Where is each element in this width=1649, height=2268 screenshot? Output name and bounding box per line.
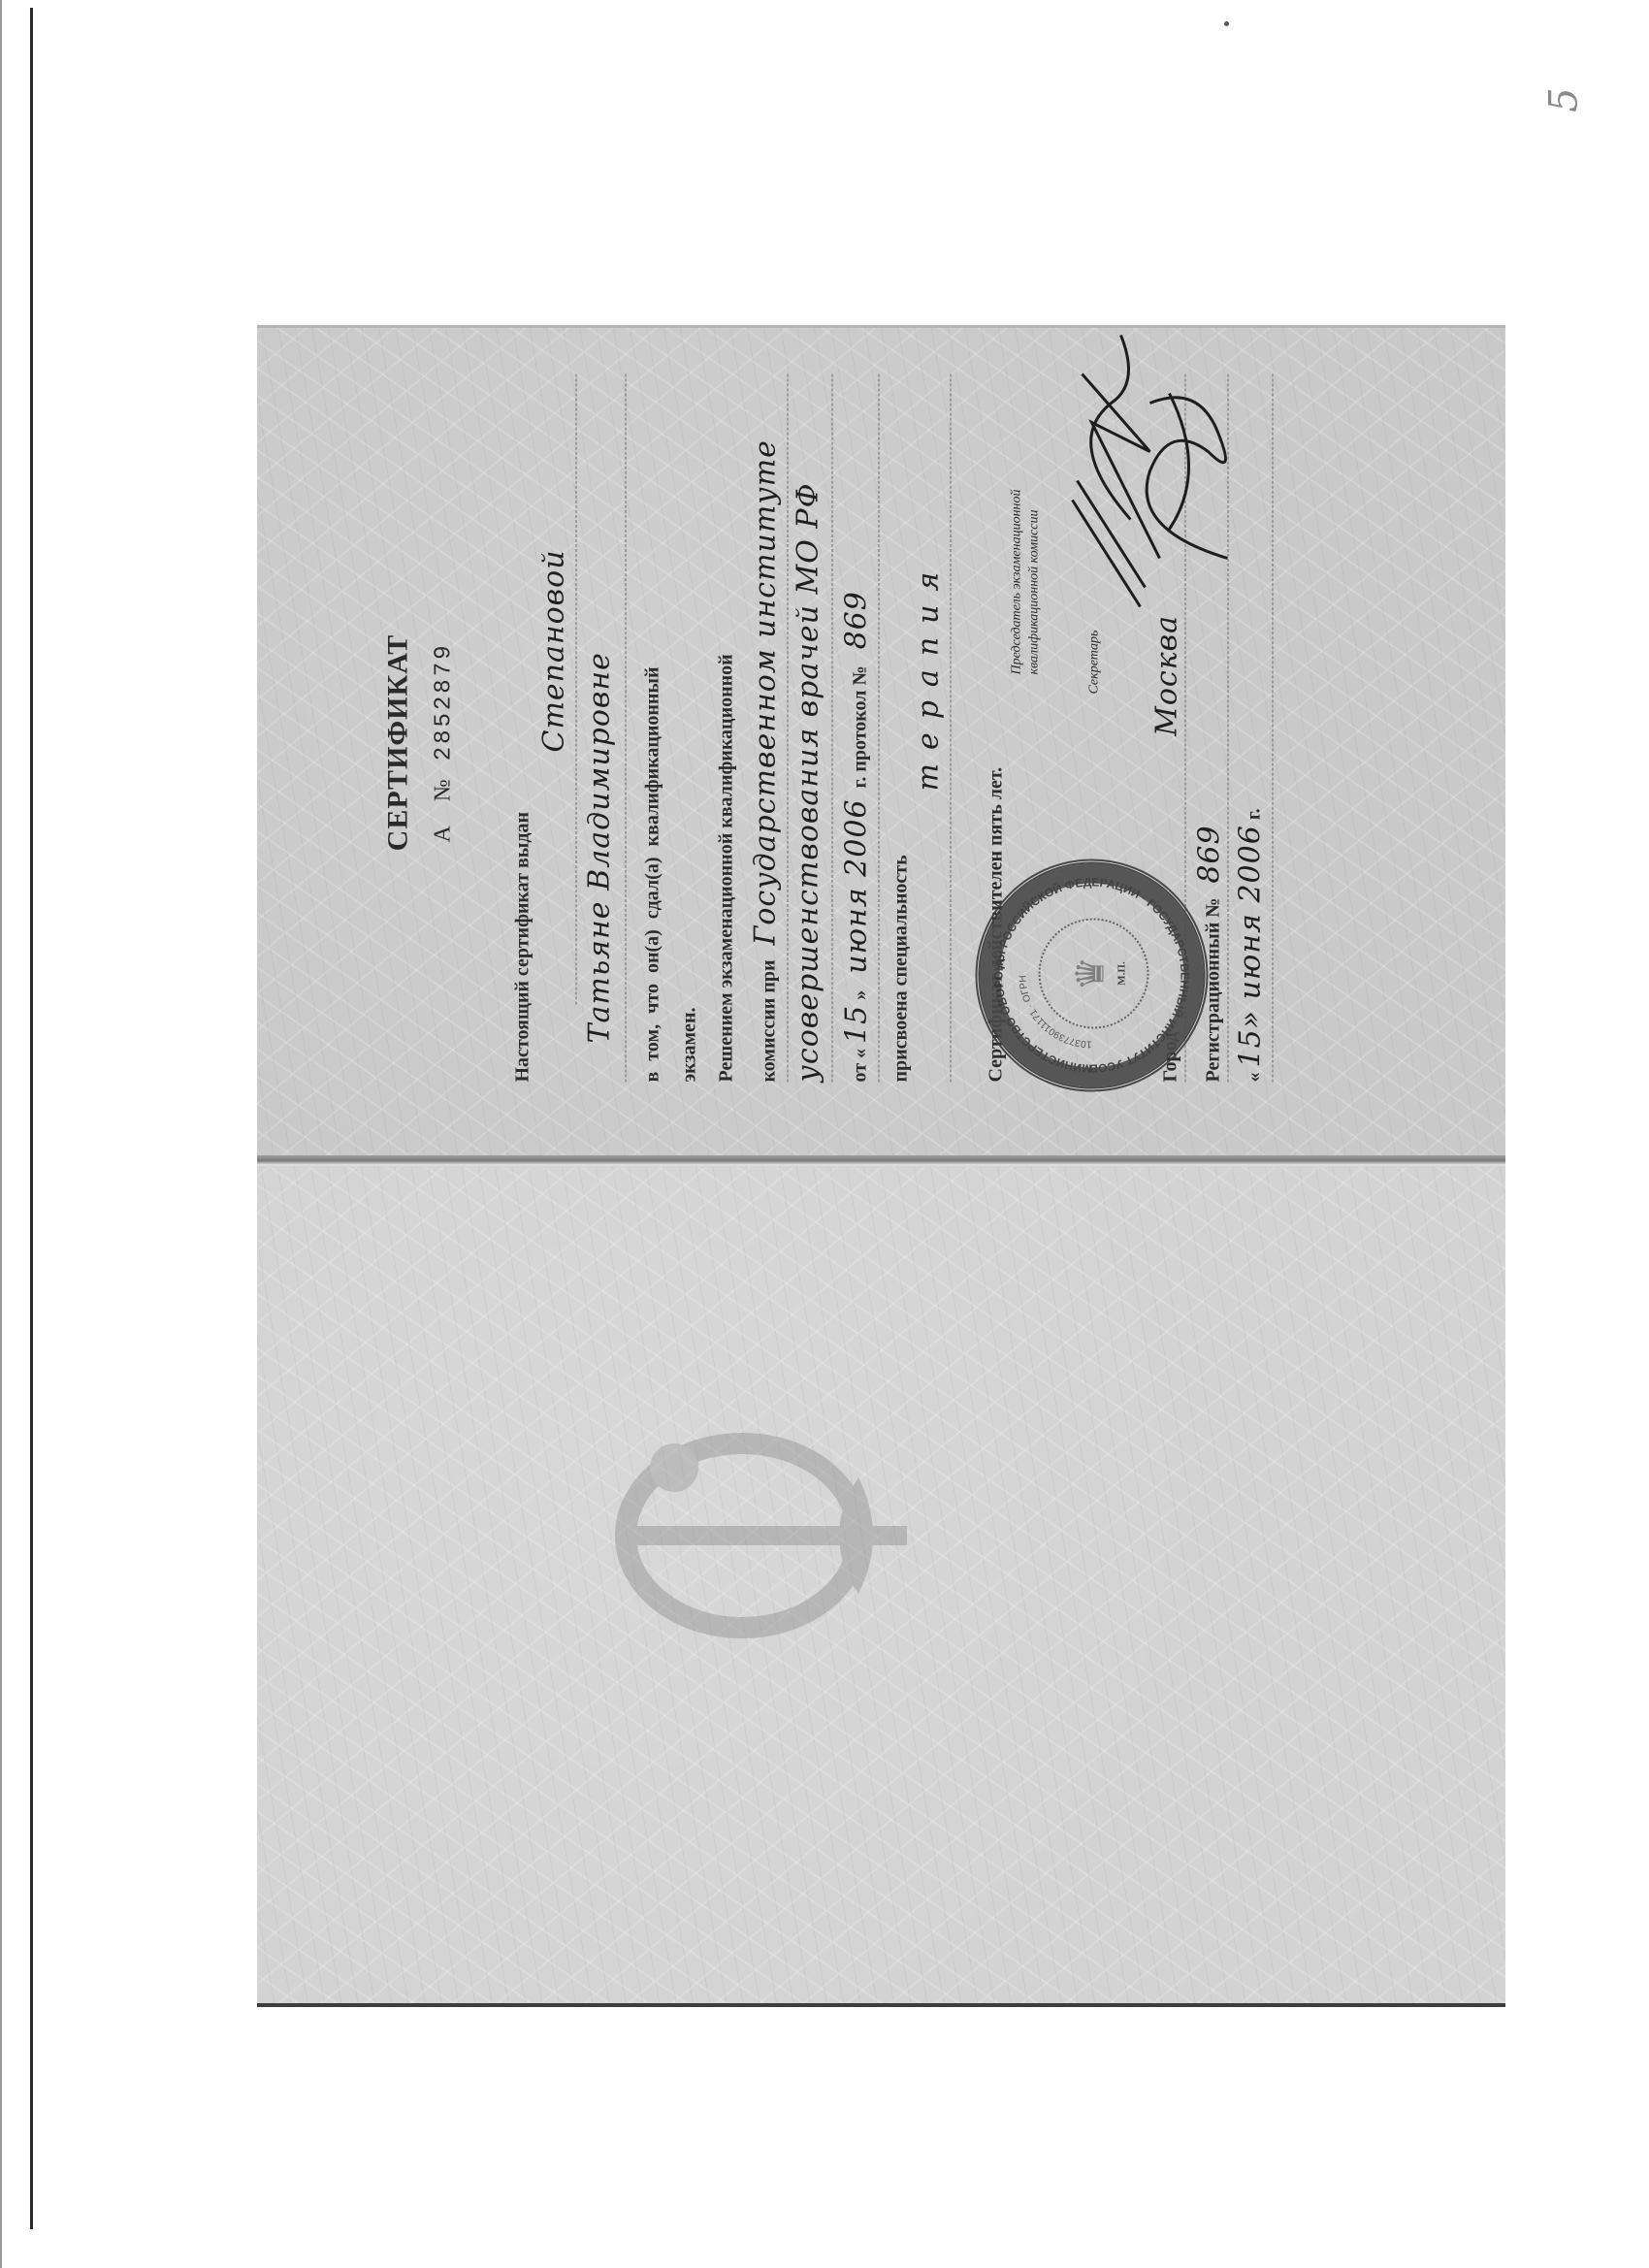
scan-margin-rule bbox=[30, 8, 33, 2229]
page-number: 5 bbox=[1542, 87, 1587, 112]
exam-word: экзамен. bbox=[678, 373, 700, 1082]
caduceus-emblem-icon bbox=[597, 1400, 946, 1671]
name-field: Татьяне Владимировне bbox=[582, 373, 626, 1082]
specialty-handwritten: терапия bbox=[911, 558, 945, 791]
certificate-number-value: 2852879 bbox=[431, 642, 457, 761]
date-sep: » bbox=[849, 989, 870, 999]
date-protocol-line: от « 15 » июня 2006 г. протокол № 869 bbox=[839, 373, 879, 1082]
commission-line: комиссии при Государственном институте bbox=[748, 373, 788, 1082]
stamp-center: ♛ М.П. bbox=[1038, 918, 1148, 1028]
passed-exam-line: в том, что он(а) сдал(а) квалификационны… bbox=[641, 373, 663, 1082]
commission-label: комиссии при bbox=[758, 959, 779, 1082]
stamp-mp-label: М.П. bbox=[1115, 920, 1127, 1026]
certificate-series: А bbox=[430, 823, 455, 842]
date-suffix: г. протокол № bbox=[849, 665, 870, 788]
number-sign: № bbox=[430, 776, 455, 801]
certificate-inner-page: СЕРТИФИКАТ А№2852879 Настоящий сертифика… bbox=[257, 325, 1505, 1159]
issue-date-prefix: « bbox=[1243, 1072, 1264, 1082]
issued-to-line: Настоящий сертификат выдан bbox=[511, 373, 533, 1082]
specialty-field: терапия bbox=[911, 373, 951, 1082]
date-day: 15 bbox=[839, 1004, 873, 1043]
official-round-stamp: МИНИСТЕРСТВО ОБОРОНЫ РОССИЙСКОЙ ФЕДЕРАЦИ… bbox=[975, 859, 1208, 1091]
issue-date-suffix: г. bbox=[1243, 808, 1264, 820]
certificate-number: А№2852879 bbox=[430, 325, 457, 1159]
city-handwritten: Москва bbox=[1149, 615, 1183, 736]
secretary-signature bbox=[1111, 373, 1256, 567]
institution-line-2: усовершенствования врачей МО РФ bbox=[791, 373, 832, 1082]
issue-date-handwritten: 15» июня 2006 bbox=[1233, 825, 1267, 1067]
date-month-year: июня 2006 bbox=[839, 798, 873, 973]
decision-line: Решением экзаменационной квалификационно… bbox=[715, 373, 737, 1082]
certificate-text-block: СЕРТИФИКАТ А№2852879 Настоящий сертифика… bbox=[257, 325, 1505, 1159]
certificate-cover-page bbox=[257, 1167, 1505, 2003]
specialty-label: присвоена специальность bbox=[889, 373, 912, 1082]
protocol-number: 869 bbox=[839, 591, 873, 649]
surname-handwritten: Степановой bbox=[536, 549, 570, 752]
surname-field: Степановой bbox=[536, 373, 576, 1004]
scan-speck bbox=[1224, 21, 1229, 26]
institution-handwritten-2: усовершенствования врачей МО РФ bbox=[791, 482, 824, 1082]
certificate-title: СЕРТИФИКАТ bbox=[381, 325, 414, 1159]
double-headed-eagle-icon: ♛ bbox=[1067, 920, 1113, 1026]
chairman-label: Председатель экзаменационной bbox=[1009, 383, 1024, 674]
name-handwritten: Татьяне Владимировне bbox=[582, 652, 616, 1043]
issued-to-label: Настоящий сертификат выдан bbox=[511, 811, 533, 1082]
chairman-label-2: квалификационной комиссии bbox=[1026, 383, 1042, 674]
date-prefix: от « bbox=[849, 1048, 870, 1082]
scan-edge-line bbox=[0, 0, 2, 2268]
institution-handwritten-1: Государственном институте bbox=[748, 439, 782, 945]
certificate-booklet: СЕРТИФИКАТ А№2852879 Настоящий сертифика… bbox=[257, 325, 1505, 2006]
